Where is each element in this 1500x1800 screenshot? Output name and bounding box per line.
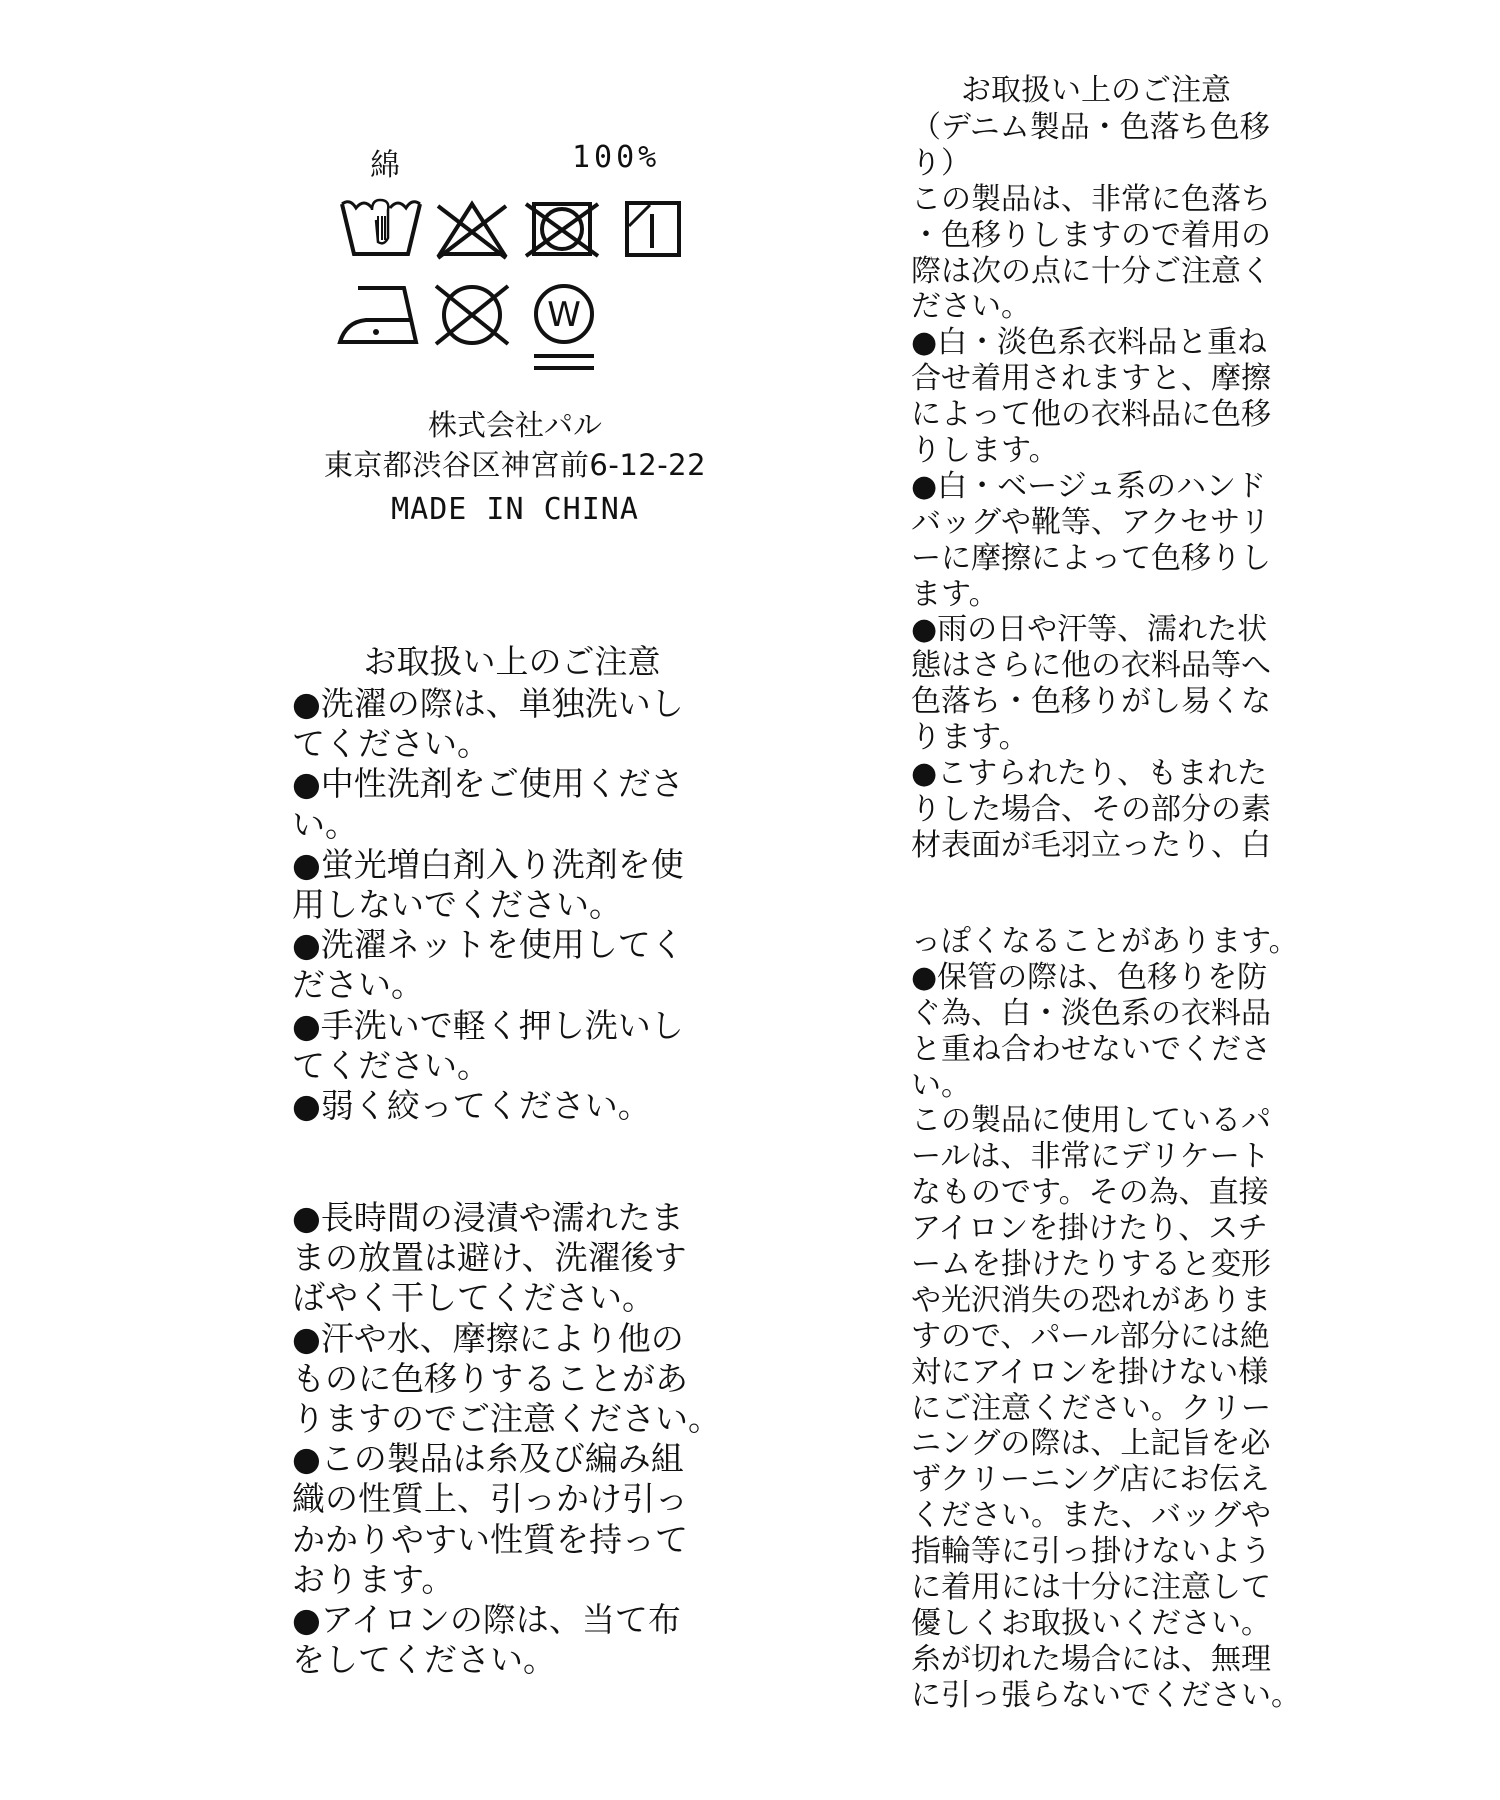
fiber-percent: 100% — [572, 140, 660, 175]
notice-line: によって他の衣料品に色移 — [911, 397, 1341, 433]
line-dry-shade-icon — [624, 200, 684, 260]
notice-line: ●洗濯ネットを使用してく — [292, 925, 762, 965]
notice-line: ます。 — [911, 577, 1341, 613]
notice-line: ぐ為、白・淡色系の衣料品 — [911, 996, 1341, 1032]
notice-line: 材表面が毛羽立ったり、白 — [911, 828, 1341, 864]
notice-line: ニングの際は、上記旨を必 — [911, 1426, 1341, 1462]
right-notice-block-1: （デニム製品・色落ち色移 り） この製品は、非常に色落ち ・色移りしますので着用… — [911, 110, 1341, 864]
notice-line: 指輪等に引っ掛けないよう — [911, 1534, 1341, 1570]
notice-line: この製品は、非常に色落ち — [911, 182, 1341, 218]
notice-line: ●保管の際は、色移りを防 — [911, 960, 1341, 996]
notice-line: ●手洗いで軽く押し洗いし — [292, 1006, 762, 1046]
no-tumble-dry-icon — [522, 198, 602, 260]
hand-wash-icon — [338, 198, 424, 260]
right-care-notice-continued: っぽくなることがあります。 ●保管の際は、色移りを防 ぐ為、白・淡色系の衣料品 … — [911, 924, 1341, 1714]
notice-line: てください。 — [292, 1046, 762, 1086]
notice-line: 対にアイロンを掛けない様 — [911, 1355, 1341, 1391]
no-bleach-icon — [434, 198, 510, 260]
right-notice-heading: お取扱い上のご注意 — [911, 72, 1281, 110]
notice-line: ●雨の日や汗等、濡れた状 — [911, 612, 1341, 648]
notice-line: 用しないでください。 — [292, 885, 762, 925]
notice-line: この製品に使用しているパ — [911, 1103, 1341, 1139]
notice-line: （デニム製品・色落ち色移 — [911, 110, 1341, 146]
notice-line: ください。また、バッグや — [911, 1498, 1341, 1534]
notice-line: ださい。 — [911, 289, 1341, 325]
notice-line: ●弱く絞ってください。 — [292, 1086, 762, 1126]
notice-line: ります。 — [911, 720, 1341, 756]
notice-line: ださい。 — [292, 965, 762, 1005]
notice-line: りますのでご注意ください。 — [292, 1399, 762, 1439]
notice-line: 織の性質上、引っかけ引っ — [292, 1479, 762, 1519]
no-dry-clean-icon — [432, 282, 512, 348]
notice-line: かかりやすい性質を持って — [292, 1520, 762, 1560]
notice-line: すので、パール部分には絶 — [911, 1319, 1341, 1355]
notice-line: ●こすられたり、もまれた — [911, 756, 1341, 792]
wet-clean-very-mild-icon: W — [528, 282, 600, 374]
right-care-notice: お取扱い上のご注意 （デニム製品・色落ち色移 り） この製品は、非常に色落ち ・… — [911, 72, 1341, 864]
notice-line: りします。 — [911, 433, 1341, 469]
notice-line: や光沢消失の恐れがありま — [911, 1283, 1341, 1319]
left-notice-heading: お取扱い上のご注意 — [292, 640, 732, 684]
notice-line: アイロンを掛けたり、スチ — [911, 1211, 1341, 1247]
notice-line: ●この製品は糸及び編み組 — [292, 1439, 762, 1479]
notice-line: 合せ着用されますと、摩擦 — [911, 361, 1341, 397]
notice-line: ●長時間の浸漬や濡れたま — [292, 1198, 762, 1238]
notice-line: ールは、非常にデリケート — [911, 1139, 1341, 1175]
notice-line: ●汗や水、摩擦により他の — [292, 1319, 762, 1359]
notice-line: ●白・淡色系衣料品と重ね — [911, 325, 1341, 361]
notice-line: い。 — [292, 805, 762, 845]
notice-line: 態はさらに他の衣料品等へ — [911, 648, 1341, 684]
country-of-origin: MADE IN CHINA — [290, 492, 740, 527]
notice-line: ・色移りしますので着用の — [911, 218, 1341, 254]
notice-line: ームを掛けたりすると変形 — [911, 1247, 1341, 1283]
notice-line: ●中性洗剤をご使用くださ — [292, 764, 762, 804]
left-notice-block-1: ●洗濯の際は、単独洗いし てください。 ●中性洗剤をご使用くださ い。 ●蛍光増… — [292, 684, 762, 1126]
notice-line: り） — [911, 146, 1341, 182]
left-care-notice: お取扱い上のご注意 ●洗濯の際は、単独洗いし てください。 ●中性洗剤をご使用く… — [292, 640, 762, 1126]
notice-line: い。 — [911, 1068, 1341, 1104]
notice-line: りした場合、その部分の素 — [911, 792, 1341, 828]
left-care-notice-continued: ●長時間の浸漬や濡れたま まの放置は避け、洗濯後す ばやく干してください。 ●汗… — [292, 1198, 762, 1680]
notice-line: バッグや靴等、アクセサリ — [911, 505, 1341, 541]
company-name: 株式会社パル — [290, 403, 740, 444]
right-notice-block-2: っぽくなることがあります。 ●保管の際は、色移りを防 ぐ為、白・淡色系の衣料品 … — [911, 924, 1341, 1714]
notice-line: ●アイロンの際は、当て布 — [292, 1600, 762, 1640]
notice-line: っぽくなることがあります。 — [911, 924, 1341, 960]
notice-line: 色落ち・色移りがし易くな — [911, 684, 1341, 720]
notice-line: に着用には十分に注意して — [911, 1570, 1341, 1606]
notice-line: ものに色移りすることがあ — [292, 1359, 762, 1399]
notice-line: なものです。その為、直接 — [911, 1175, 1341, 1211]
iron-low-icon — [336, 282, 426, 348]
notice-line: をしてください。 — [292, 1640, 762, 1680]
notice-line: に引っ張らないでください。 — [911, 1678, 1341, 1714]
notice-line: ●蛍光増白剤入り洗剤を使 — [292, 845, 762, 885]
notice-line: おります。 — [292, 1560, 762, 1600]
company-address: 東京都渋谷区神宮前6-12-22 — [290, 443, 740, 484]
notice-line: まの放置は避け、洗濯後す — [292, 1238, 762, 1278]
notice-line: ばやく干してください。 — [292, 1278, 762, 1318]
notice-line: ●白・ベージュ系のハンド — [911, 469, 1341, 505]
notice-line: ●洗濯の際は、単独洗いし — [292, 684, 762, 724]
notice-line: 優しくお取扱いください。 — [911, 1606, 1341, 1642]
notice-line: てください。 — [292, 724, 762, 764]
wet-clean-letter: W — [547, 295, 581, 335]
notice-line: ずクリーニング店にお伝え — [911, 1462, 1341, 1498]
fiber-material: 綿 — [370, 140, 400, 184]
notice-line: にご注意ください。クリー — [911, 1391, 1341, 1427]
notice-line: ーに摩擦によって色移りし — [911, 541, 1341, 577]
notice-line: と重ね合わせないでくださ — [911, 1032, 1341, 1068]
notice-line: 糸が切れた場合には、無理 — [911, 1642, 1341, 1678]
left-notice-block-2: ●長時間の浸漬や濡れたま まの放置は避け、洗濯後す ばやく干してください。 ●汗… — [292, 1198, 762, 1680]
notice-line: 際は次の点に十分ご注意く — [911, 254, 1341, 290]
